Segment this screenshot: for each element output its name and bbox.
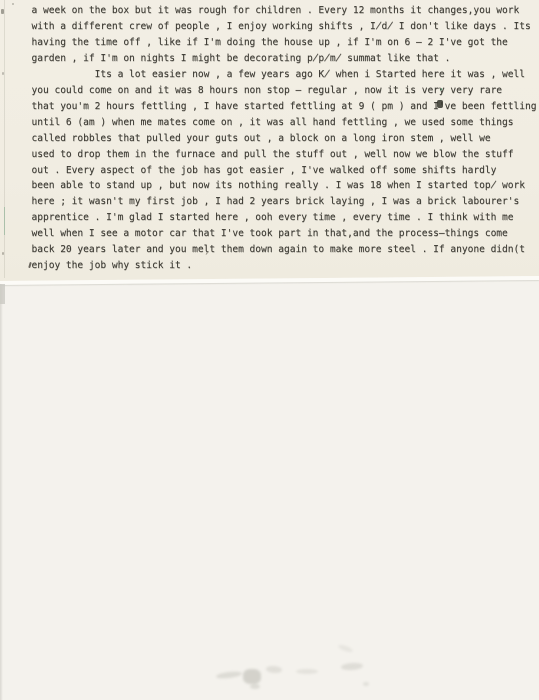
pencil-smudge — [250, 684, 260, 689]
pencil-smudge — [363, 682, 369, 686]
overstrike-ink-blob — [437, 100, 443, 108]
scan-corner-shadow — [0, 284, 5, 304]
left-crease-line — [4, 0, 5, 278]
scan-edge-speck — [2, 72, 4, 75]
left-crease-green-segment — [4, 207, 5, 235]
pencil-smudge — [243, 669, 261, 684]
scan-edge-speck — [12, 3, 14, 5]
scan-edge-speck — [2, 252, 4, 255]
scan-left-edge-shadow — [0, 284, 3, 700]
pencil-smudge — [296, 669, 318, 674]
typed-text: a week on the box but it was rough for c… — [32, 3, 537, 274]
scan-edge-speck — [1, 9, 4, 14]
